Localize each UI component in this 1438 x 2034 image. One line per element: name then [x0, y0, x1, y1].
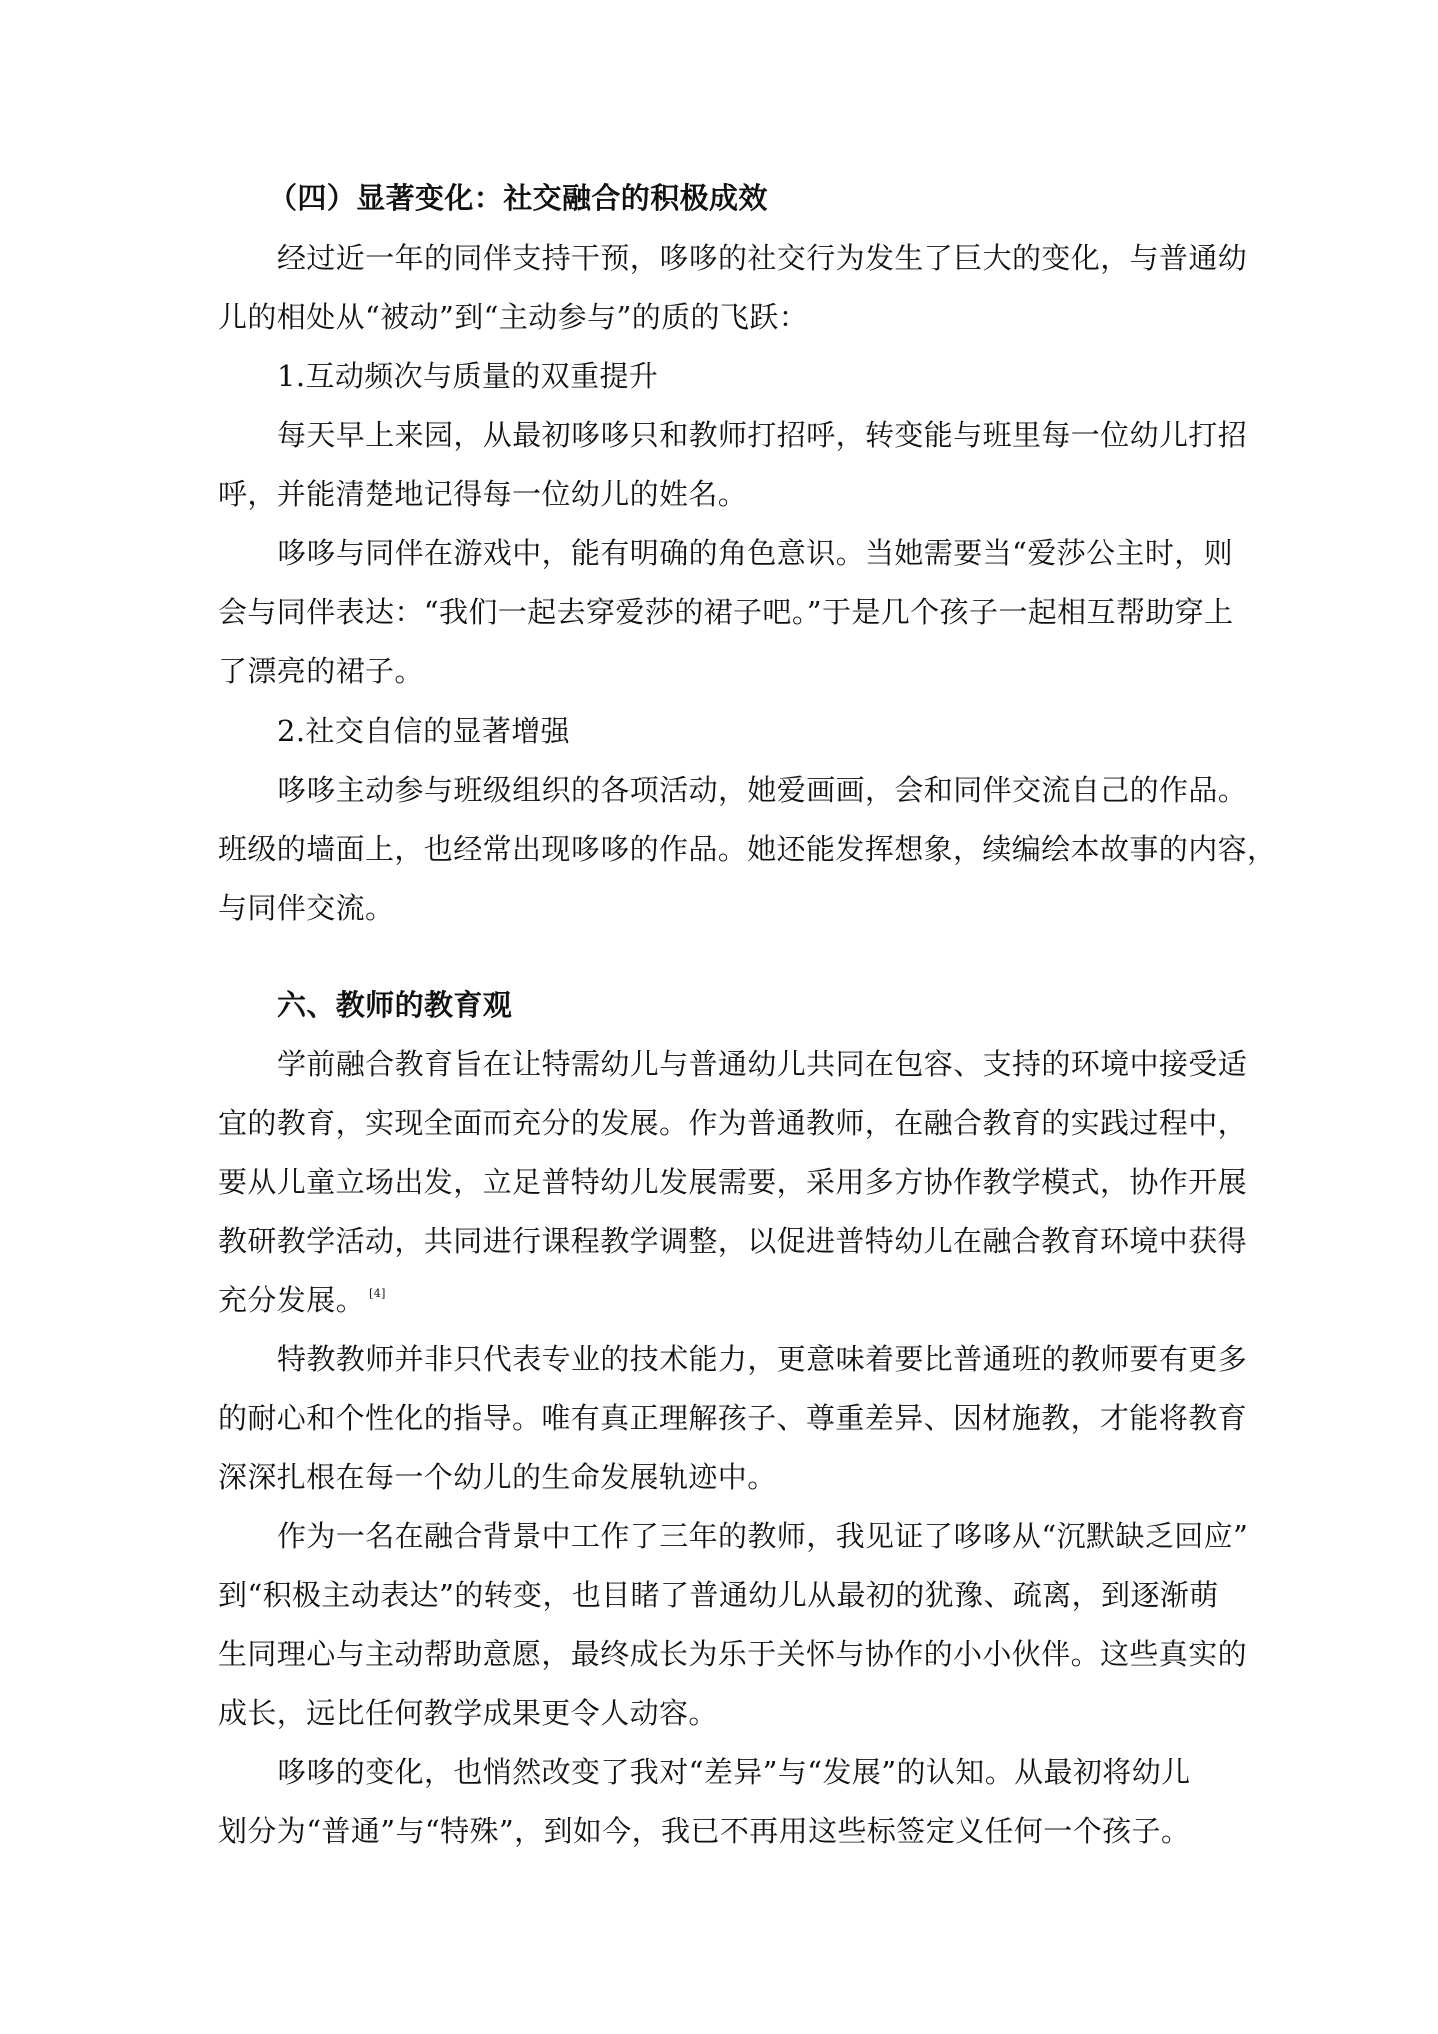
paragraph-line: 划分为“普通”与“特殊”，到如今，我已不再用这些标签定义任何一个孩子。 [218, 1811, 1190, 1851]
section-heading-6: 六、教师的教育观 [277, 985, 512, 1025]
document-page: （四）显著变化：社交融合的积极成效 经过近一年的同伴支持干预，哆哆的社交行为发生… [0, 0, 1438, 2034]
paragraph-line: 哆哆主动参与班级组织的各项活动，她爱画画，会和同伴交流自己的作品。 [277, 770, 1247, 810]
paragraph-line-with-citation: 充分发展。[4] [218, 1280, 386, 1320]
subsection-title-2: 2.社交自信的显著增强 [277, 711, 570, 751]
paragraph-text: 充分发展。 [218, 1283, 365, 1317]
paragraph-line: 哆哆与同伴在游戏中，能有明确的角色意识。当她需要当“爱莎公主时，则 [277, 533, 1233, 573]
paragraph-line: 到“积极主动表达”的转变，也目睹了普通幼儿从最初的犹豫、疏离，到逐渐萌 [218, 1575, 1219, 1615]
paragraph-line: 教研教学活动，共同进行课程教学调整，以促进普特幼儿在融合教育环境中获得 [218, 1221, 1247, 1261]
paragraph-line: 学前融合教育旨在让特需幼儿与普通幼儿共同在包容、支持的环境中接受适 [277, 1044, 1247, 1084]
paragraph-line: 班级的墙面上，也经常出现哆哆的作品。她还能发挥想象，续编绘本故事的内容， [218, 829, 1276, 869]
paragraph-line: 生同理心与主动帮助意愿，最终成长为乐于关怀与协作的小小伙伴。这些真实的 [218, 1634, 1247, 1674]
section-heading-4: （四）显著变化：社交融合的积极成效 [268, 178, 768, 218]
paragraph-line: 成长，远比任何教学成果更令人动容。 [218, 1693, 718, 1733]
paragraph-line: 与同伴交流。 [218, 888, 394, 928]
paragraph-line: 会与同伴表达：“我们一起去穿爱莎的裙子吧。”于是几个孩子一起相互帮助穿上 [218, 592, 1234, 632]
paragraph-line: 深深扎根在每一个幼儿的生命发展轨迹中。 [218, 1457, 777, 1497]
paragraph-line: 哆哆的变化，也悄然改变了我对“差异”与“发展”的认知。从最初将幼儿 [277, 1752, 1191, 1792]
paragraph-line: 呼，并能清楚地记得每一位幼儿的姓名。 [218, 474, 747, 514]
paragraph-line: 儿的相处从“被动”到“主动参与”的质的飞跃： [218, 297, 808, 337]
paragraph-line: 作为一名在融合背景中工作了三年的教师，我见证了哆哆从“沉默缺乏回应” [277, 1516, 1248, 1556]
paragraph-line: 了漂亮的裙子。 [218, 651, 424, 691]
paragraph-line: 特教教师并非只代表专业的技术能力，更意味着要比普通班的教师要有更多 [277, 1339, 1247, 1379]
paragraph-line: 每天早上来园，从最初哆哆只和教师打招呼，转变能与班里每一位幼儿打招 [277, 415, 1247, 455]
paragraph-line: 宜的教育，实现全面而充分的发展。作为普通教师，在融合教育的实践过程中， [218, 1103, 1247, 1143]
paragraph-line: 要从儿童立场出发，立足普特幼儿发展需要，采用多方协作教学模式，协作开展 [218, 1162, 1247, 1202]
paragraph-line: 经过近一年的同伴支持干预，哆哆的社交行为发生了巨大的变化，与普通幼 [277, 238, 1247, 278]
citation-link[interactable]: [4] [369, 1287, 386, 1300]
subsection-title-1: 1.互动频次与质量的双重提升 [277, 356, 658, 396]
paragraph-line: 的耐心和个性化的指导。唯有真正理解孩子、尊重差异、因材施教，才能将教育 [218, 1398, 1247, 1438]
